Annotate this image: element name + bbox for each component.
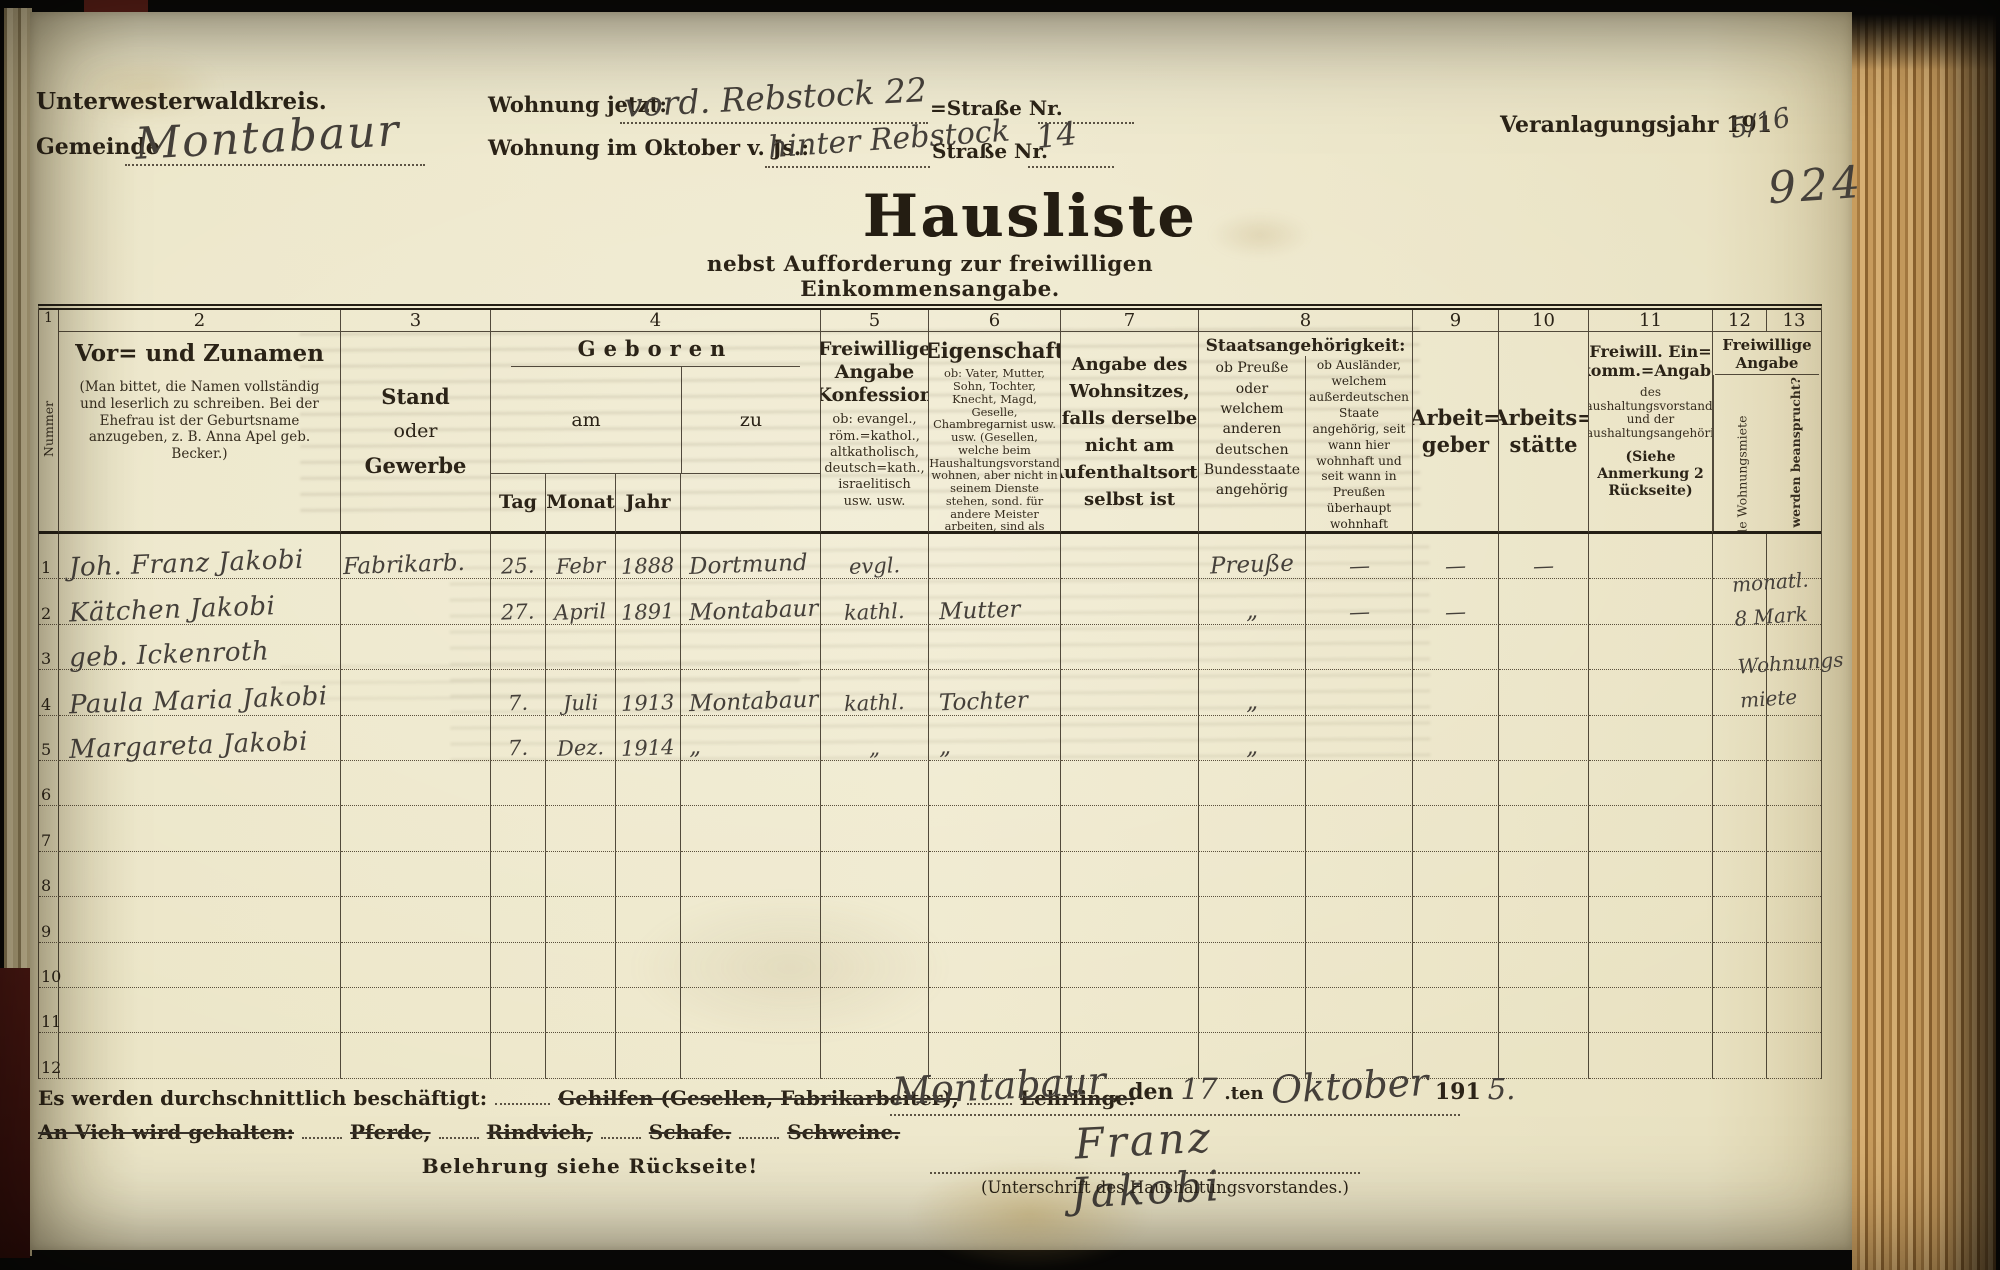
- column-header-eigenschaft: Eigenschaft ob: Vater, Mutter, Sohn, Toc…: [929, 332, 1061, 534]
- geboren-zu-spacer: [681, 474, 821, 534]
- staat-rechts-cell: —: [1306, 534, 1413, 579]
- konfession-cell: [821, 806, 929, 851]
- column-number: 10: [1499, 310, 1589, 332]
- stand-cell: [341, 1033, 491, 1078]
- geboren-zu-label: zu: [682, 367, 820, 473]
- form-subtitle: nebst Aufforderung zur freiwilligen Eink…: [660, 252, 1200, 302]
- name-header-label: Vor= und Zunamen: [75, 340, 324, 369]
- name-entry: Joh. Franz Jakobi: [61, 547, 305, 581]
- jahr-cell: [616, 897, 681, 942]
- arbeitsstaette-cell: [1499, 943, 1589, 988]
- signature-caption: (Unterschrift des Haushaltungsvorstandes…: [965, 1178, 1365, 1197]
- konfession-cell: evgl.: [821, 534, 929, 579]
- arbeitgeber-cell: [1413, 806, 1499, 851]
- geburtsort-cell: Dortmund: [681, 534, 821, 579]
- monat-cell: [546, 852, 616, 897]
- jahr-cell: [616, 943, 681, 988]
- livestock-line: An Vieh wird gehalten: Pferde, Rindvieh,…: [38, 1120, 900, 1144]
- staat-links-cell: [1199, 988, 1306, 1033]
- staat-links-cell: [1199, 852, 1306, 897]
- abzuege-cell: [1767, 716, 1821, 761]
- monat-cell: [546, 897, 616, 942]
- eigenschaft-cell: [929, 852, 1061, 897]
- book-photo: Unterwesterwaldkreis. Gemeinde Montabaur…: [0, 0, 2000, 1270]
- geburtsort-cell: Montabaur: [681, 579, 821, 624]
- monat-entry: April: [554, 601, 607, 624]
- arbeitgeber-cell: [1413, 670, 1499, 715]
- row-number: 4: [41, 695, 51, 714]
- stand-cell: [341, 943, 491, 988]
- stand-cell: [341, 761, 491, 806]
- staat-right-note: ob Ausländer, welchem außerdeutschen Sta…: [1306, 356, 1412, 534]
- wohnung-jetzt-handwritten: vord. Rebstock 22: [623, 70, 928, 125]
- freiwillige-title-line: Angabe: [1715, 354, 1819, 375]
- form-page: Unterwesterwaldkreis. Gemeinde Montabaur…: [30, 12, 1852, 1250]
- name-cell: [59, 943, 341, 988]
- stand-cell: [341, 988, 491, 1033]
- konfession-entry: evgl.: [849, 556, 901, 579]
- einkommen-note: des Haushaltungsvorstandes und der Haush…: [1589, 385, 1713, 441]
- staat-links-cell: [1199, 897, 1306, 942]
- tag-entry: 27.: [501, 601, 535, 623]
- column-number: 6: [929, 310, 1061, 332]
- jahr-cell: [616, 625, 681, 670]
- einkommen-title-line: Freiwill. Ein=: [1589, 342, 1711, 361]
- jahr-entry: 1913: [621, 692, 675, 715]
- staat-rechts-cell: —: [1306, 579, 1413, 624]
- konfession-cell: kathl.: [821, 670, 929, 715]
- row-number: 1: [41, 558, 51, 577]
- einkommen-cell: [1589, 943, 1713, 988]
- wohnsitz-cell: [1061, 806, 1199, 851]
- monat-cell: Febr: [546, 534, 616, 579]
- tag-cell: [491, 988, 546, 1033]
- column-header-geboren: Geboren am zu: [491, 332, 821, 474]
- staat-links-cell: [1199, 806, 1306, 851]
- geburtsort-entry: Dortmund: [683, 552, 808, 579]
- geburtsort-cell: [681, 943, 821, 988]
- signature-dotted-line: [930, 1172, 1360, 1174]
- einkommen-cell: [1589, 1033, 1713, 1078]
- monat-cell: [546, 988, 616, 1033]
- tag-entry: 7.: [508, 692, 529, 714]
- column-number: 8: [1199, 310, 1413, 332]
- arbeitgeber-cell: —: [1413, 534, 1499, 579]
- stand-entry: Fabrikarb.: [343, 552, 466, 579]
- arbeitgeber-entry: —: [1445, 556, 1467, 578]
- ten-label: .ten: [1224, 1083, 1263, 1104]
- row-number-cell: 6: [39, 761, 59, 806]
- arbeitgeber-cell: [1413, 716, 1499, 761]
- den-label: , den: [1113, 1079, 1174, 1105]
- abzuege-cell: [1767, 852, 1821, 897]
- miete-cell: [1713, 1033, 1767, 1078]
- name-cell: Margareta Jakobi: [59, 716, 341, 761]
- wohnsitz-cell: [1061, 943, 1199, 988]
- monat-cell: [546, 761, 616, 806]
- veranlagungsjahr-handwritten: 5/16: [1727, 102, 1793, 145]
- eigenschaft-cell: [929, 625, 1061, 670]
- column-header-name: Vor= und Zunamen (Man bittet, die Namen …: [59, 332, 341, 534]
- miete-cell: [1713, 943, 1767, 988]
- year-printed: 191: [1435, 1079, 1481, 1105]
- miete-cell: [1713, 761, 1767, 806]
- page-number-handwritten: 924: [1766, 157, 1865, 215]
- column-header-freiwillige-angabe: Freiwillige Angabe Zu zahlende Wohnungsm…: [1713, 332, 1821, 534]
- year-handwritten: 5.: [1488, 1072, 1516, 1106]
- row-number-cell: 9: [39, 897, 59, 942]
- name-entry: Kätchen Jakobi: [61, 593, 276, 626]
- jahr-cell: [616, 1033, 681, 1078]
- column-header-jahr: Jahr: [616, 474, 681, 534]
- stand-cell: [341, 625, 491, 670]
- stand-line: Stand: [381, 384, 449, 410]
- row-number-cell: 4: [39, 670, 59, 715]
- name-cell: [59, 1033, 341, 1078]
- monat-cell: Dez.: [546, 716, 616, 761]
- belehrung-note: Belehrung siehe Rückseite!: [340, 1154, 840, 1178]
- livestock-item: Schafe.: [649, 1120, 731, 1144]
- einkommen-cell: [1589, 852, 1713, 897]
- livestock-item: Rindvieh,: [487, 1120, 593, 1144]
- konf-title-line: Freiwillige: [821, 338, 929, 361]
- konfession-cell: kathl.: [821, 579, 929, 624]
- staat-rechts-cell: [1306, 625, 1413, 670]
- staat-rechts-cell: [1306, 716, 1413, 761]
- nummer-vertical-label: Nummer: [41, 326, 56, 531]
- miete-cell: [1713, 897, 1767, 942]
- wohnung-oktober-label: Wohnung im Oktober v. Js.:: [488, 135, 809, 160]
- konf-note: ob: evangel., röm.=kathol., altkatholisc…: [821, 410, 929, 512]
- konf-title-line: Angabe: [835, 361, 915, 384]
- abzuege-cell: [1767, 1033, 1821, 1078]
- wohnsitz-cell: [1061, 716, 1199, 761]
- staat-links-cell: „: [1199, 716, 1306, 761]
- arbeitsstaette-cell: [1499, 761, 1589, 806]
- wohnsitz-cell: [1061, 534, 1199, 579]
- tag-cell: [491, 897, 546, 942]
- konfession-entry: „: [869, 738, 881, 759]
- column-number: 12: [1713, 310, 1767, 332]
- month-handwritten: Oktober: [1270, 1060, 1429, 1112]
- name-entry: Paula Maria Jakobi: [61, 683, 328, 718]
- geboren-am-label: am: [491, 367, 682, 473]
- konfession-entry: kathl.: [844, 692, 905, 715]
- tag-cell: [491, 806, 546, 851]
- wohnsitz-cell: [1061, 897, 1199, 942]
- arbeitsstaette-cell: —: [1499, 534, 1589, 579]
- monat-cell: [546, 943, 616, 988]
- wohnsitz-cell: [1061, 852, 1199, 897]
- name-cell: Joh. Franz Jakobi: [59, 534, 341, 579]
- staat-links-cell: „: [1199, 670, 1306, 715]
- day-handwritten: 17: [1181, 1072, 1218, 1106]
- konfession-cell: [821, 988, 929, 1033]
- column-header-nummer: 1 Nummer: [39, 310, 59, 534]
- arbeitsstaette-cell: [1499, 625, 1589, 670]
- tag-cell: 25.: [491, 534, 546, 579]
- einkommen-cell: [1589, 988, 1713, 1033]
- stand-cell: [341, 806, 491, 851]
- wohnsitz-cell: [1061, 988, 1199, 1033]
- place-handwritten: Montabaur: [891, 1058, 1107, 1113]
- staat-links-entry: Preuße: [1210, 553, 1295, 579]
- eigenschaft-entry: Tochter: [931, 689, 1029, 715]
- name-cell: Paula Maria Jakobi: [59, 670, 341, 715]
- abzuege-cell: [1767, 761, 1821, 806]
- tag-entry: 25.: [501, 556, 535, 578]
- jahr-label: Jahr: [625, 491, 670, 514]
- row-number: 7: [41, 831, 51, 850]
- stand-cell: [341, 670, 491, 715]
- column-header-konfession: Freiwillige Angabe Konfession ob: evange…: [821, 332, 929, 534]
- konf-title-line: Konfession: [821, 384, 929, 407]
- miete-cell: [1713, 806, 1767, 851]
- tag-cell: [491, 1033, 546, 1078]
- geburtsort-cell: Montabaur: [681, 670, 821, 715]
- arbeitgeber-cell: [1413, 943, 1499, 988]
- wohnsitz-cell: [1061, 625, 1199, 670]
- miete-vertical-label: Zu zahlende Wohnungsmiete: [1713, 375, 1770, 534]
- arbeitgeber-entry: —: [1445, 601, 1467, 623]
- geburtsort-cell: „: [681, 716, 821, 761]
- arbeitgeber-cell: [1413, 852, 1499, 897]
- geboren-label: Geboren: [511, 332, 801, 367]
- monat-entry: Febr: [555, 556, 605, 579]
- name-cell: [59, 897, 341, 942]
- arbeitsstaette-line: stätte: [1510, 432, 1578, 458]
- einkommen-cell: [1589, 806, 1713, 851]
- tag-cell: [491, 761, 546, 806]
- staat-links-entry: „: [1246, 600, 1259, 623]
- arbeitsstaette-cell: [1499, 716, 1589, 761]
- name-cell: Kätchen Jakobi: [59, 579, 341, 624]
- konfession-cell: „: [821, 716, 929, 761]
- tag-cell: 7.: [491, 670, 546, 715]
- staat-links-entry: „: [1246, 736, 1259, 759]
- einkommen-note2-line: Rückseite): [1608, 483, 1692, 500]
- signature-handwritten: Franz Jakobi: [993, 1108, 1298, 1222]
- geburtsort-cell: [681, 988, 821, 1033]
- column-number: 5: [821, 310, 929, 332]
- monat-entry: Dez.: [557, 737, 605, 760]
- arbeitsstaette-cell: [1499, 806, 1589, 851]
- staat-left-note: ob Preuße oder welchem anderen deutschen…: [1199, 356, 1306, 534]
- wohnsitz-text: Angabe des Wohnsitzes, falls derselbe ni…: [1061, 351, 1199, 513]
- column-header-tag: Tag: [491, 474, 546, 534]
- abzuege-cell: [1767, 897, 1821, 942]
- arbeitsstaette-cell: [1499, 988, 1589, 1033]
- staat-links-entry: „: [1246, 690, 1259, 713]
- einkommen-cell: [1589, 670, 1713, 715]
- eigenschaft-cell: [929, 897, 1061, 942]
- name-cell: [59, 806, 341, 851]
- column-number: 11: [1589, 310, 1713, 332]
- einkommen-cell: [1589, 534, 1713, 579]
- staat-rechts-entry: —: [1348, 601, 1370, 623]
- row-number-cell: 11: [39, 988, 59, 1033]
- wohnsitz-cell: [1061, 579, 1199, 624]
- geburtsort-cell: [681, 625, 821, 670]
- form-title: Hausliste: [800, 182, 1260, 250]
- name-cell: [59, 988, 341, 1033]
- abzuege-vertical-label: Welche Abzüge werden beansprucht?: [1770, 375, 1821, 534]
- jahr-cell: [616, 806, 681, 851]
- row-number-cell: 10: [39, 943, 59, 988]
- stand-line: oder: [394, 420, 438, 443]
- dotted-blank: [439, 1123, 479, 1139]
- arbeitsstaette-cell: [1499, 852, 1589, 897]
- arbeitgeber-line: geber: [1422, 432, 1489, 458]
- arbeitgeber-line: Arbeit=: [1413, 405, 1499, 431]
- column-header-staatsangehoerigkeit: Staatsangehörigkeit: ob Preuße oder welc…: [1199, 332, 1413, 534]
- rent-note-handwritten: monatl. 8 Mark Wohnungs miete: [1731, 560, 1847, 717]
- stand-line: Gewerbe: [365, 453, 467, 479]
- livestock-item: Schweine.: [787, 1120, 900, 1144]
- staat-links-cell: Preuße: [1199, 534, 1306, 579]
- hausliste-table: 1 Nummer 2 3 4 5 6 7 8 9 10 11 12 13 Vor…: [38, 304, 1822, 1079]
- eigenschaft-cell: Tochter: [929, 670, 1061, 715]
- monat-cell: [546, 1033, 616, 1078]
- konfession-cell: [821, 761, 929, 806]
- arbeitsstaette-cell: [1499, 670, 1589, 715]
- dotted-blank: [302, 1123, 342, 1139]
- row-number-cell: 3: [39, 625, 59, 670]
- monat-cell: April: [546, 579, 616, 624]
- eigenschaft-cell: [929, 806, 1061, 851]
- page-stack-edge: [1852, 0, 1996, 1270]
- einkommen-cell: [1589, 761, 1713, 806]
- konfession-entry: kathl.: [844, 601, 905, 624]
- row-number: 2: [41, 604, 51, 623]
- staat-rechts-cell: [1306, 852, 1413, 897]
- dotted-blank: [495, 1089, 550, 1105]
- name-cell: [59, 761, 341, 806]
- geburtsort-cell: [681, 806, 821, 851]
- staat-rechts-cell: [1306, 806, 1413, 851]
- einkommen-cell: [1589, 579, 1713, 624]
- eigenschaft-title: Eigenschaft: [929, 338, 1061, 364]
- staat-links-cell: [1199, 625, 1306, 670]
- name-cell: [59, 852, 341, 897]
- staat-rechts-cell: [1306, 988, 1413, 1033]
- stand-cell: [341, 897, 491, 942]
- stand-cell: [341, 852, 491, 897]
- miete-cell: [1713, 988, 1767, 1033]
- arbeitgeber-cell: —: [1413, 579, 1499, 624]
- geburtsort-cell: [681, 761, 821, 806]
- konfession-cell: [821, 625, 929, 670]
- eigenschaft-cell: „: [929, 716, 1061, 761]
- column-header-stand: Stand oder Gewerbe: [341, 332, 491, 534]
- tag-cell: [491, 943, 546, 988]
- staat-links-cell: [1199, 943, 1306, 988]
- eigenschaft-cell: [929, 988, 1061, 1033]
- miete-cell: [1713, 716, 1767, 761]
- column-header-einkommen: Freiwill. Ein= komm.=Angabe des Haushalt…: [1589, 332, 1713, 534]
- tag-cell: 7.: [491, 716, 546, 761]
- tag-cell: 27.: [491, 579, 546, 624]
- jahr-entry: 1914: [621, 737, 675, 760]
- row-number-cell: 12: [39, 1033, 59, 1078]
- row-number-cell: 7: [39, 806, 59, 851]
- column-header-arbeitsstaette: Arbeits= stätte: [1499, 332, 1589, 534]
- column-number: 2: [59, 310, 341, 332]
- staat-rechts-cell: [1306, 897, 1413, 942]
- einkommen-cell: [1589, 897, 1713, 942]
- staat-rechts-cell: [1306, 761, 1413, 806]
- jahr-cell: [616, 761, 681, 806]
- monat-label: Monat: [546, 491, 615, 514]
- livestock-label: An Vieh wird gehalten:: [38, 1120, 294, 1144]
- freiwillige-title-line: Freiwillige: [1722, 336, 1811, 354]
- stand-cell: [341, 716, 491, 761]
- wohnsitz-cell: [1061, 761, 1199, 806]
- arbeitgeber-cell: [1413, 897, 1499, 942]
- employment-label: Es werden durchschnittlich beschäftigt:: [38, 1086, 487, 1110]
- column-number: 13: [1767, 310, 1821, 332]
- column-number: 9: [1413, 310, 1499, 332]
- row-number: 3: [41, 649, 51, 668]
- row-number-cell: 8: [39, 852, 59, 897]
- row-number-cell: 1: [39, 534, 59, 579]
- place-date-line: Montabaur , den 17 .ten Oktober 191 5.: [892, 1064, 1515, 1108]
- eigenschaft-entry: Mutter: [931, 598, 1021, 624]
- row-number-cell: 2: [39, 579, 59, 624]
- wohnsitz-cell: [1061, 670, 1199, 715]
- einkommen-note2-line: Anmerkung 2: [1597, 466, 1704, 483]
- row-number-cell: 5: [39, 716, 59, 761]
- jahr-entry: 1891: [621, 601, 675, 624]
- book-cover-corner: [0, 968, 30, 1258]
- arbeitsstaette-line: Arbeits=: [1499, 405, 1589, 431]
- geburtsort-cell: [681, 897, 821, 942]
- miete-cell: [1713, 852, 1767, 897]
- dotted-blank: [739, 1123, 779, 1139]
- jahr-cell: [616, 852, 681, 897]
- arbeitgeber-cell: [1413, 988, 1499, 1033]
- eigenschaft-note: ob: Vater, Mutter, Sohn, Tochter, Knecht…: [929, 366, 1061, 534]
- konfession-cell: [821, 852, 929, 897]
- arbeitsstaette-cell: [1499, 579, 1589, 624]
- jahr-cell: 1914: [616, 716, 681, 761]
- tag-cell: [491, 625, 546, 670]
- name-header-note: (Man bittet, die Namen vollständig und l…: [59, 377, 340, 465]
- name-cell: geb. Ickenroth: [59, 625, 341, 670]
- column-number-1: 1: [44, 310, 53, 326]
- row-number: 5: [41, 740, 51, 759]
- einkommen-title-line: komm.=Angabe: [1589, 361, 1713, 380]
- tag-cell: [491, 852, 546, 897]
- arbeitsstaette-entry: —: [1533, 556, 1555, 578]
- row-number: 9: [41, 922, 51, 941]
- row-number: 6: [41, 785, 51, 804]
- jahr-cell: 1891: [616, 579, 681, 624]
- eigenschaft-cell: [929, 534, 1061, 579]
- column-header-arbeitgeber: Arbeit= geber: [1413, 332, 1499, 534]
- arbeitsstaette-cell: [1499, 897, 1589, 942]
- staat-links-cell: „: [1199, 579, 1306, 624]
- abzuege-cell: [1767, 806, 1821, 851]
- einkommen-cell: [1589, 625, 1713, 670]
- einkommen-cell: [1589, 716, 1713, 761]
- staat-rechts-entry: —: [1348, 556, 1370, 578]
- abzuege-cell: [1767, 988, 1821, 1033]
- eigenschaft-cell: Mutter: [929, 579, 1061, 624]
- tag-entry: 7.: [508, 738, 529, 760]
- geburtsort-cell: [681, 852, 821, 897]
- eigenschaft-entry: „: [931, 736, 952, 760]
